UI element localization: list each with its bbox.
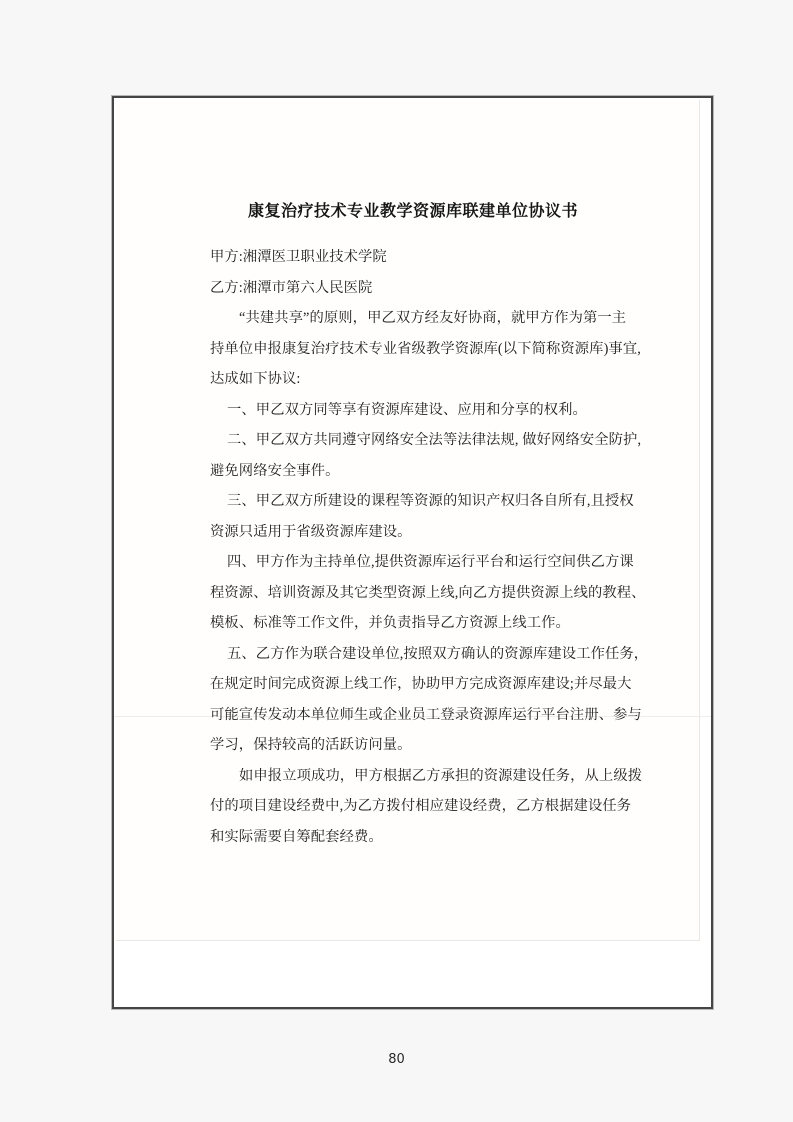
document-title: 康复治疗技术专业教学资源库联建单位协议书 [206, 198, 620, 221]
document-line: 一、甲乙双方同等享有资源库建设、应用和分享的权利。 [210, 395, 640, 426]
document-line: 学习，保持较高的活跃访问量。 [210, 730, 640, 761]
document-line: 五、乙方作为联合建设单位,按照双方确认的资源库建设工作任务， [210, 639, 640, 670]
document-line: 程资源、培训资源及其它类型资源上线,向乙方提供资源上线的教程、 [210, 578, 640, 609]
document-line: 二、甲乙双方共同遵守网络安全法等法律法规, 做好网络安全防护, [210, 425, 640, 456]
document-line: 可能宣传发动本单位师生或企业员工登录资源库运行平台注册、参与 [210, 700, 640, 731]
document-body: 甲方:湘潭医卫职业技术学院 乙方:湘潭市第六人民医院 “共建共享”的原则，甲乙双… [210, 242, 640, 852]
document-line: 和实际需要自筹配套经费。 [210, 822, 640, 853]
scanned-agreement-page: 康复治疗技术专业教学资源库联建单位协议书 甲方:湘潭医卫职业技术学院 乙方:湘潭… [112, 96, 713, 1009]
party-b-line: 乙方:湘潭市第六人民医院 [210, 273, 640, 304]
document-line: 付的项目建设经费中,为乙方拨付相应建设经费，乙方根据建设任务 [210, 791, 640, 822]
party-a-line: 甲方:湘潭医卫职业技术学院 [210, 242, 640, 273]
document-line: 避免网络安全事件。 [210, 456, 640, 487]
document-line: 如申报立项成功，甲方根据乙方承担的资源建设任务，从上级拨 [210, 761, 640, 792]
document-line: 资源只适用于省级资源库建设。 [210, 517, 640, 548]
document-line: 在规定时间完成资源上线工作，协助甲方完成资源库建设;并尽最大 [210, 669, 640, 700]
page-number: 80 [0, 1052, 793, 1067]
document-line: 模板、标准等工作文件，并负责指导乙方资源上线工作。 [210, 608, 640, 639]
document-line: 持单位申报康复治疗技术专业省级教学资源库(以下简称资源库)事宜, [210, 334, 640, 365]
document-line: “共建共享”的原则，甲乙双方经友好协商，就甲方作为第一主 [210, 303, 640, 334]
document-line: 达成如下协议: [210, 364, 640, 395]
document-line: 三、甲乙双方所建设的课程等资源的知识产权归各自所有,且授权 [210, 486, 640, 517]
scan-background: 康复治疗技术专业教学资源库联建单位协议书 甲方:湘潭医卫职业技术学院 乙方:湘潭… [0, 0, 793, 1122]
document-line: 四、甲方作为主持单位,提供资源库运行平台和运行空间供乙方课 [210, 547, 640, 578]
